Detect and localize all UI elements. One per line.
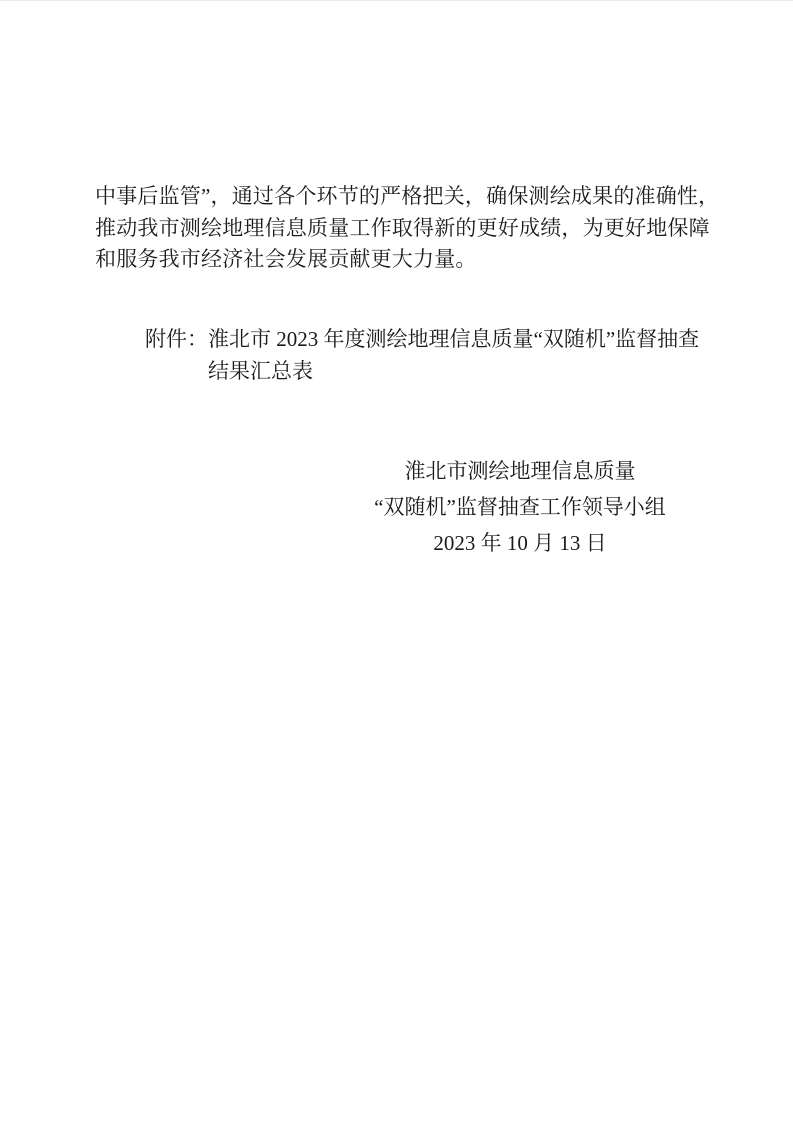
signature-block: 淮北市测绘地理信息质量 “双随机”监督抽查工作领导小组 2023 年 10 月 … bbox=[340, 453, 700, 561]
signature-org-line: 淮北市测绘地理信息质量 bbox=[340, 453, 700, 489]
attachment-lines: 淮北市 2023 年度测绘地理信息质量“双随机”监督抽查 结果汇总表 bbox=[208, 323, 699, 387]
body-paragraph: 中事后监管”，通过各个环节的严格把关，确保测绘成果的准确性， 推动我市测绘地理信… bbox=[95, 181, 700, 276]
attachment-reference: 附件： 淮北市 2023 年度测绘地理信息质量“双随机”监督抽查 结果汇总表 bbox=[145, 323, 700, 387]
paragraph-line: 和服务我市经济社会发展贡献更大力量。 bbox=[95, 244, 700, 276]
paragraph-line: 中事后监管”，通过各个环节的严格把关，确保测绘成果的准确性， bbox=[95, 181, 700, 213]
paragraph-line: 推动我市测绘地理信息质量工作取得新的更好成绩，为更好地保障 bbox=[95, 213, 700, 245]
signature-org-line: “双随机”监督抽查工作领导小组 bbox=[340, 489, 700, 525]
attachment-label: 附件： bbox=[145, 323, 208, 355]
attachment-line: 结果汇总表 bbox=[208, 355, 699, 387]
attachment-line: 淮北市 2023 年度测绘地理信息质量“双随机”监督抽查 bbox=[208, 323, 699, 355]
document-page: 中事后监管”，通过各个环节的严格把关，确保测绘成果的准确性， 推动我市测绘地理信… bbox=[0, 0, 793, 1122]
page-content: 中事后监管”，通过各个环节的严格把关，确保测绘成果的准确性， 推动我市测绘地理信… bbox=[0, 1, 793, 561]
signature-date: 2023 年 10 月 13 日 bbox=[340, 525, 700, 561]
